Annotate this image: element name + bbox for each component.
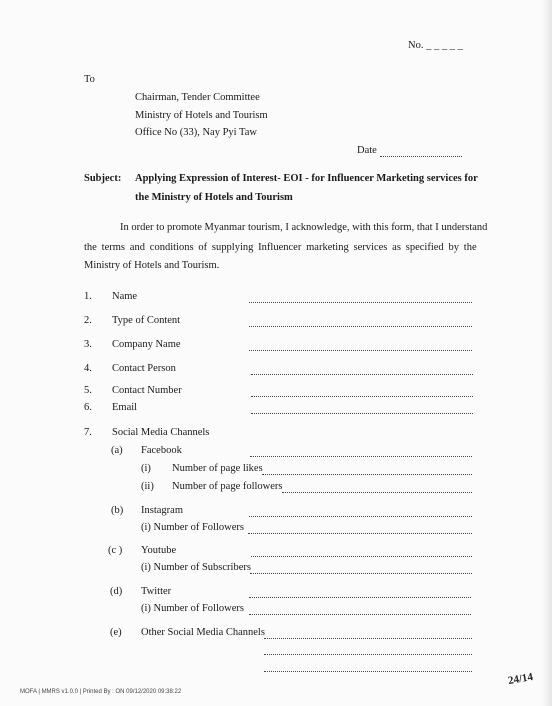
recipient-line-1: Chairman, Tender Committee — [135, 92, 260, 103]
subject-line-2: the Ministry of Hotels and Tourism — [135, 192, 293, 203]
field-label-social-media: Social Media Channels — [112, 427, 209, 438]
type-of-content-field[interactable] — [249, 326, 472, 327]
twitter-field[interactable] — [249, 597, 471, 598]
facebook-page-likes-label: Number of page likes — [172, 463, 263, 474]
subject-label: Subject: — [84, 173, 121, 184]
instagram-letter: (b) — [111, 505, 123, 516]
field-number-1: 1. — [84, 291, 92, 302]
subject-line-1: Applying Expression of Interest- EOI - f… — [135, 173, 478, 184]
document-number: No. _ _ _ _ _ — [408, 40, 463, 51]
other-channels-field-1[interactable] — [264, 638, 472, 639]
facebook-label: Facebook — [141, 445, 182, 456]
scan-edge-shadow — [542, 0, 552, 706]
twitter-letter: (d) — [110, 586, 122, 597]
youtube-letter: (c ) — [108, 545, 122, 556]
field-number-4: 4. — [84, 363, 92, 374]
instagram-label: Instagram — [141, 505, 183, 516]
body-line-2: the terms and conditions of supplying In… — [84, 242, 477, 253]
other-channels-field-2[interactable] — [264, 654, 472, 655]
youtube-subscribers-field[interactable] — [250, 573, 472, 574]
company-name-field[interactable] — [249, 350, 472, 351]
field-label-type-of-content: Type of Content — [112, 315, 180, 326]
youtube-subscribers-label: (i) Number of Subscribers — [141, 562, 251, 573]
instagram-followers-label: (i) Number of Followers — [141, 522, 244, 533]
name-field[interactable] — [249, 302, 472, 303]
other-channels-label: Other Social Media Channels — [141, 627, 265, 638]
recipient-line-2: Ministry of Hotels and Tourism — [135, 110, 268, 121]
field-label-email: Email — [112, 402, 137, 413]
date-field[interactable] — [380, 156, 462, 157]
field-label-contact-person: Contact Person — [112, 363, 176, 374]
facebook-sub-1-num: (i) — [141, 463, 151, 474]
field-number-3: 3. — [84, 339, 92, 350]
other-channels-field-3[interactable] — [264, 671, 472, 672]
facebook-page-followers-field[interactable] — [282, 492, 472, 493]
facebook-page-likes-field[interactable] — [262, 474, 472, 475]
twitter-followers-label: (i) Number of Followers — [141, 603, 244, 614]
youtube-field[interactable] — [251, 556, 472, 557]
body-line-1: In order to promote Myanmar tourism, I a… — [120, 222, 487, 233]
to-label: To — [84, 74, 95, 85]
instagram-field[interactable] — [249, 516, 472, 517]
facebook-page-followers-label: Number of page followers — [172, 481, 283, 492]
facebook-sub-2-num: (ii) — [141, 481, 154, 492]
print-footer: MOFA | MMRS v1.0.0 | Printed By : ON 09/… — [20, 689, 181, 695]
field-number-2: 2. — [84, 315, 92, 326]
field-label-name: Name — [112, 291, 137, 302]
twitter-followers-field[interactable] — [249, 614, 471, 615]
twitter-label: Twitter — [141, 586, 171, 597]
body-line-3: Ministry of Hotels and Tourism. — [84, 260, 219, 271]
youtube-label: Youtube — [141, 545, 176, 556]
other-letter: (e) — [110, 627, 122, 638]
field-number-6: 6. — [84, 402, 92, 413]
field-label-company-name: Company Name — [112, 339, 181, 350]
recipient-line-3: Office No (33), Nay Pyi Taw — [135, 127, 257, 138]
instagram-followers-field[interactable] — [248, 533, 472, 534]
handwritten-page-number: 24/14 — [507, 671, 534, 687]
facebook-field[interactable] — [250, 456, 472, 457]
contact-number-field[interactable] — [251, 396, 473, 397]
date-label: Date — [357, 145, 377, 156]
field-number-7: 7. — [84, 427, 92, 438]
field-label-contact-number: Contact Number — [112, 385, 182, 396]
contact-person-field[interactable] — [251, 374, 473, 375]
facebook-letter: (a) — [111, 445, 123, 456]
email-field[interactable] — [251, 413, 473, 414]
field-number-5: 5. — [84, 385, 92, 396]
